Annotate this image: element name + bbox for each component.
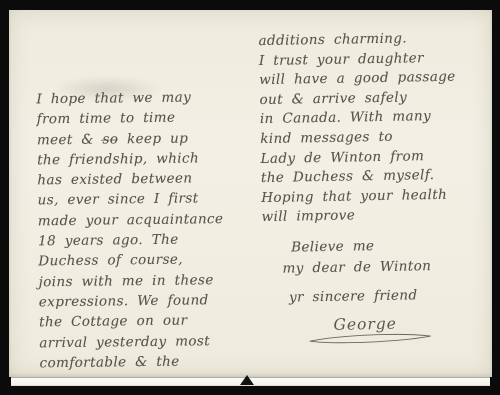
handwriting-line: from time to time xyxy=(37,107,255,130)
closing-valediction: Believe me xyxy=(291,235,496,258)
photo-background: I hope that we may from time to time mee… xyxy=(0,0,500,395)
fold-notch xyxy=(240,375,254,385)
handwriting-line: meet & s̶o̶ keep up xyxy=(37,127,255,150)
closing-addressee: my dear de Winton xyxy=(282,255,496,278)
signature: George xyxy=(333,313,473,333)
handwriting-line: joins with me in these xyxy=(39,269,257,292)
handwriting-line: 18 years ago. The xyxy=(38,229,256,252)
handwriting-line: has existed between xyxy=(37,168,255,191)
right-page: additions charming. I trust your daughte… xyxy=(258,28,497,335)
handwriting-line: arrival yesterday most xyxy=(39,330,257,353)
left-page: I hope that we may from time to time mee… xyxy=(36,87,257,374)
signature-flourish-icon xyxy=(307,331,435,347)
handwriting-line: comfortable & the xyxy=(39,351,257,374)
handwriting-line: expressions. We found xyxy=(39,290,257,313)
handwriting-line: I hope that we may xyxy=(36,87,254,110)
handwriting-line: will improve xyxy=(261,204,495,228)
closing-signoff: yr sincere friend xyxy=(289,285,497,308)
handwriting-line: made your acquaintance xyxy=(38,208,256,231)
handwriting-line: the Cottage on our xyxy=(39,310,257,333)
handwriting-line: the friendship, which xyxy=(37,148,255,171)
handwriting-line: us, ever since I first xyxy=(38,188,256,211)
handwriting-line: Duchess of course, xyxy=(38,249,256,272)
